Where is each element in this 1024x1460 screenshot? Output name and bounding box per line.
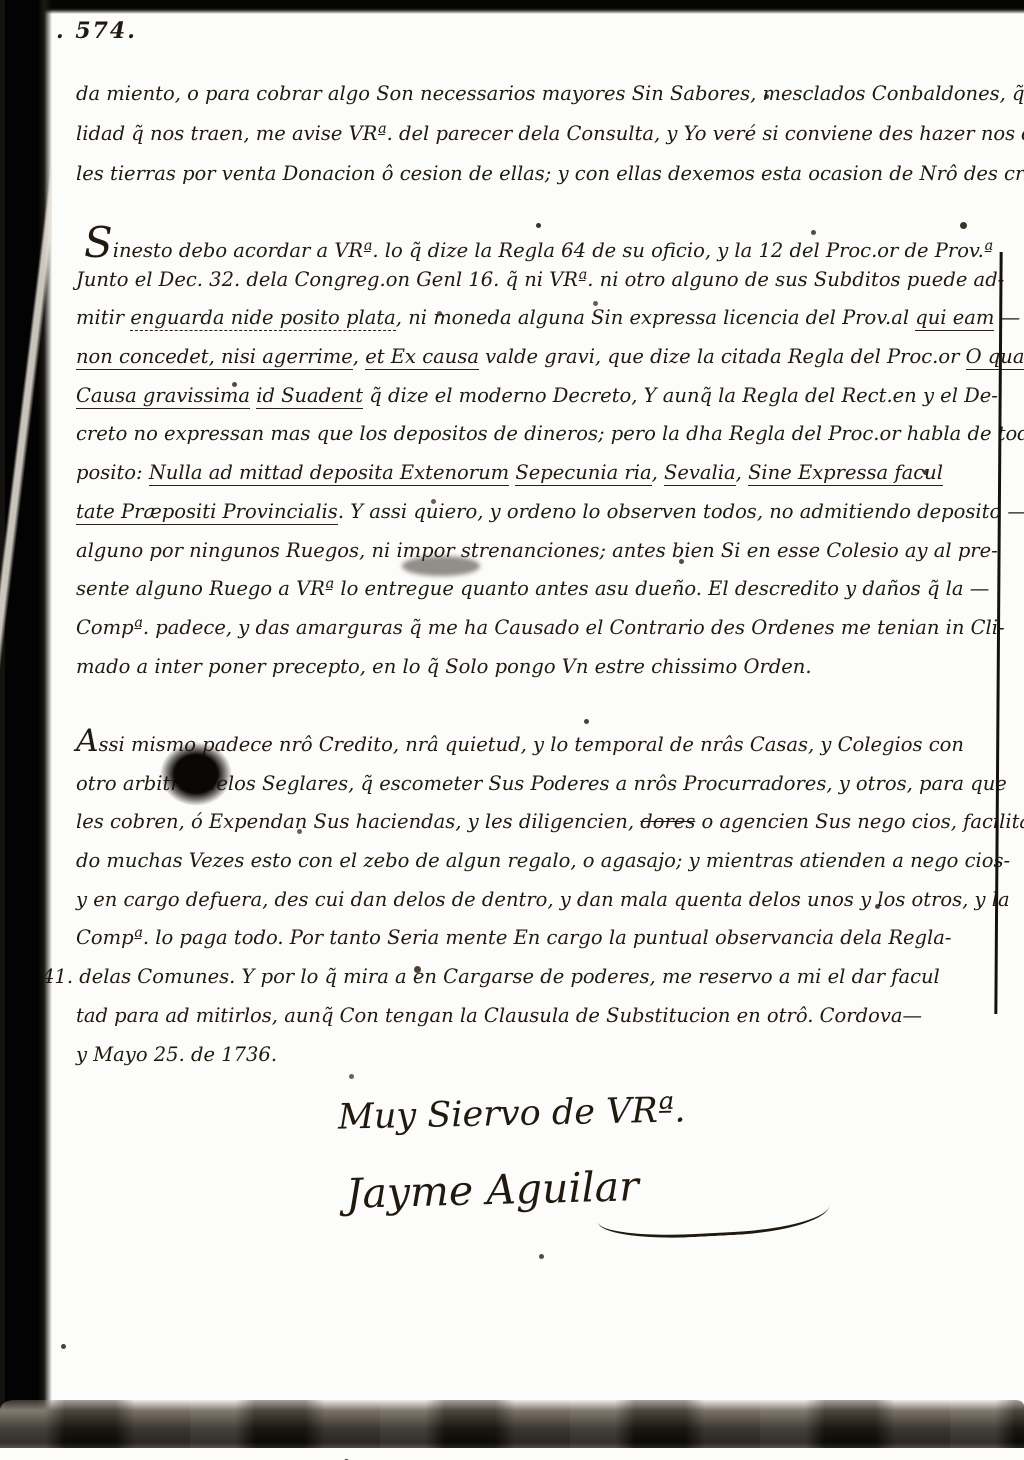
manuscript-line: lidad q̃ nos traen, me avise VRª. del pa…: [76, 114, 1020, 154]
manuscript-line: mado a inter poner precepto, en lo q̃ So…: [76, 648, 1020, 687]
manuscript-line: non concedet, nisi agerrime, et Ex causa…: [76, 338, 1020, 377]
manuscript-line: y Mayo 25. de 1736.: [76, 1036, 1020, 1075]
manuscript-line: mitir enguarda nide posito plata, ni mon…: [76, 299, 1020, 338]
manuscript-line: alguno por ningunos Ruegos, ni impor str…: [76, 532, 1020, 571]
page-edge-top: [0, 0, 1024, 14]
manuscript-line: les tierras por venta Donacion ô cesion …: [76, 154, 1020, 194]
manuscript-line: posito: Nulla ad mittad deposita Extenor…: [76, 454, 1020, 493]
paragraph-2: Sinesto debo acordar a VRª. lo q̃ dize l…: [76, 222, 1020, 686]
manuscript-line: Sinesto debo acordar a VRª. lo q̃ dize l…: [76, 222, 1020, 261]
manuscript-line: da miento, o para cobrar algo Son necess…: [76, 74, 1020, 114]
page-edge-bottom: [0, 1400, 1024, 1448]
manuscript-page: . 574. da miento, o para cobrar algo Son…: [0, 0, 1024, 1460]
ink-smudge: [402, 556, 480, 576]
manuscript-line: do muchas Vezes esto con el zebo de algu…: [76, 842, 1020, 881]
ink-blot: [160, 742, 232, 806]
signature-closing: Muy Siervo de VRª.: [338, 1090, 686, 1137]
binding-edge-left: [0, 0, 52, 1412]
manuscript-line: Junto el Dec. 32. dela Congreg.on Genl 1…: [76, 261, 1020, 300]
manuscript-line: tate Præpositi Provincialis. Y assi quie…: [76, 493, 1020, 532]
manuscript-line: y en cargo defuera, des cui dan delos de…: [76, 881, 1020, 920]
signature-name: Jayme Aguilar: [345, 1162, 639, 1218]
page-number: . 574.: [56, 18, 137, 44]
manuscript-line: creto no expressan mas que los depositos…: [76, 415, 1020, 454]
manuscript-line: les cobren, ó Expendan Sus haciendas, y …: [76, 803, 1020, 842]
manuscript-line: sente alguno Ruego a VRª lo entregue qua…: [76, 570, 1020, 609]
manuscript-line: 41. delas Comunes. Y por lo q̃ mira a en…: [42, 958, 1020, 997]
manuscript-line: Compª. lo paga todo. Por tanto Seria men…: [76, 919, 1020, 958]
manuscript-line: tad para ad mitirlos, aunq̃ Con tengan l…: [76, 997, 1020, 1036]
paragraph-1: da miento, o para cobrar algo Son necess…: [76, 74, 1020, 194]
manuscript-line: Causa gravissima id Suadent q̃ dize el m…: [76, 377, 1020, 416]
manuscript-line: Compª. padece, y das amarguras q̃ me ha …: [76, 609, 1020, 648]
